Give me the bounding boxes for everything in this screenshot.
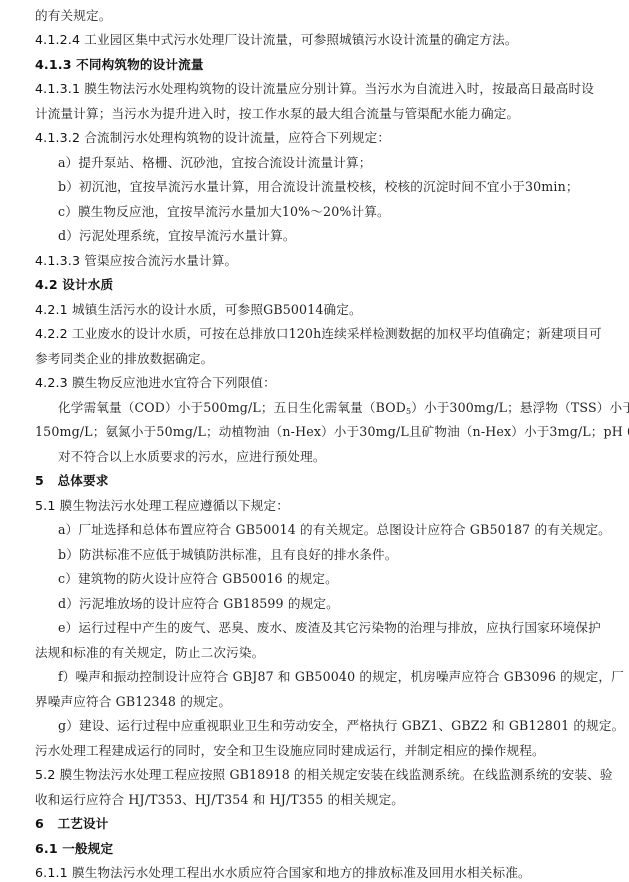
clause-4-1-2-4: 4.1.2.4 工业园区集中式污水处理厂设计流量，可参照城镇污水设计流量的确定方…	[35, 32, 518, 48]
line-text: 膜生物反应池进水宜符合下列限值：	[68, 375, 276, 390]
line-text: 150mg/L；氨氮小于50mg/L；动植物油（n-Hex）小于30mg/L且矿…	[35, 424, 629, 439]
heading-text: 工艺设计	[44, 816, 109, 831]
clause-4-2-2: 4.2.2 工业废水的设计水质，可按在总排放口120h连续采样检测数据的加权平均…	[35, 326, 602, 342]
line-text: d）污泥处理系统，宜按旱流污水量计算。	[58, 228, 296, 243]
clause-number: 4.1.2.4	[35, 32, 80, 47]
line-text: 膜生物法污水处理构筑物的设计流量应分别计算。当污水为自流进入时，按最高日最高时设	[80, 81, 594, 96]
list-item-d: d）污泥处理系统，宜按旱流污水量计算。	[58, 228, 296, 244]
list-item-c: c）建筑物的防火设计应符合 GB50016 的规定。	[58, 571, 338, 587]
list-item-a: a）厂址选择和总体布置应符合 GB50014 的有关规定。总图设计应符合 GB5…	[58, 522, 611, 538]
list-item-f: f）噪声和振动控制设计应符合 GBJ87 和 GB50040 的规定，机房噪声应…	[58, 669, 624, 685]
line-text: 收和运行应符合 HJ/T353、HJ/T354 和 HJ/T355 的相关规定。	[35, 792, 404, 807]
line-text: ）小于300mg/L；悬浮物（TSS）小于	[411, 400, 629, 415]
line-text: 合流制污水处理构筑物的设计流量，应符合下列规定：	[80, 130, 390, 145]
line-text: 膜生物法污水处理工程出水水质应符合国家和地方的排放标准及回用水相关标准。	[68, 865, 531, 880]
list-item-d: d）污泥堆放场的设计应符合 GB18599 的规定。	[58, 596, 339, 612]
list-item-c: c）膜生物反应池，宜按旱流污水量加大10%～20%计算。	[58, 204, 390, 220]
section-heading-4-2: 4.2 设计水质	[35, 277, 113, 293]
chapter-heading-5: 5 总体要求	[35, 473, 109, 489]
list-item-b: b）初沉池，宜按旱流污水量计算，用合流设计流量校核，校核的沉淀时间不宜小于30m…	[58, 179, 579, 195]
paragraph-line: 的有关规定。	[35, 8, 111, 24]
heading-text: 设计水质	[58, 277, 114, 292]
line-text: 工业废水的设计水质，可按在总排放口120h连续采样检测数据的加权平均值确定；新建…	[68, 326, 602, 341]
line-text: b）防洪标准不应低于城镇防洪标准，且有良好的排水条件。	[58, 547, 398, 562]
line-text: b）初沉池，宜按旱流污水量计算，用合流设计流量校核，校核的沉淀时间不宜小于30m…	[58, 179, 579, 194]
line-text: 化学需氧量（COD）小于500mg/L；五日生化需氧量（BOD	[58, 400, 406, 415]
line-text: c）膜生物反应池，宜按旱流污水量加大10%～20%计算。	[58, 204, 390, 219]
clause-number: 4.1.3.1	[35, 81, 80, 96]
clause-4-2-3: 4.2.3 膜生物反应池进水宜符合下列限值：	[35, 375, 276, 391]
line-text: 工业园区集中式污水处理厂设计流量，可参照城镇污水设计流量的确定方法。	[80, 32, 517, 47]
paragraph-line: 污水处理工程建成运行的同时，安全和卫生设施应同时建成运行，并制定相应的操作规程。	[35, 743, 545, 759]
heading-text: 总体要求	[44, 473, 109, 488]
line-text: 对不符合以上水质要求的污水，应进行预处理。	[58, 449, 326, 464]
section-heading-4-1-3: 4.1.3 不同构筑物的设计流量	[35, 57, 204, 73]
line-text: 法规和标准的有关规定，防止二次污染。	[35, 645, 264, 660]
line-text: 膜生物法污水处理工程应按照 GB18918 的相关规定安装在线监测系统。在线监测…	[55, 767, 612, 782]
line-text: f）噪声和振动控制设计应符合 GBJ87 和 GB50040 的规定，机房噪声应…	[58, 669, 624, 684]
line-text: e）运行过程中产生的废气、恶臭、废水、废渣及其它污染物的治理与排放，应执行国家环…	[58, 620, 601, 635]
line-text: 的有关规定。	[35, 8, 111, 23]
line-text: 管渠应按合流污水量计算。	[80, 253, 237, 268]
chapter-number: 5	[35, 473, 44, 488]
line-text: a）厂址选择和总体布置应符合 GB50014 的有关规定。总图设计应符合 GB5…	[58, 522, 611, 537]
clause-number: 4.2.3	[35, 375, 68, 390]
clause-5-2: 5.2 膜生物法污水处理工程应按照 GB18918 的相关规定安装在线监测系统。…	[35, 767, 613, 783]
line-text: 界噪声应符合 GB12348 的规定。	[35, 694, 231, 709]
clause-number: 4.1.3.2	[35, 130, 80, 145]
line-text: 计流量计算；当污水为提升进入时，按工作水泵的最大组合流量与管渠配水能力确定。	[35, 106, 519, 121]
clause-number: 4.1.3	[35, 57, 72, 72]
clause-number: 4.2.1	[35, 302, 68, 317]
list-item-b: b）防洪标准不应低于城镇防洪标准，且有良好的排水条件。	[58, 547, 398, 563]
list-item-a: a）提升泵站、格栅、沉砂池，宜按合流设计流量计算；	[58, 155, 372, 171]
heading-text: 一般规定	[58, 841, 114, 856]
list-item-e: e）运行过程中产生的废气、恶臭、废水、废渣及其它污染物的治理与排放，应执行国家环…	[58, 620, 601, 636]
clause-number: 6.1.1	[35, 865, 68, 880]
line-text: 城镇生活污水的设计水质，可参照GB50014确定。	[68, 302, 362, 317]
clause-5-1: 5.1 膜生物法污水处理工程应遵循以下规定：	[35, 498, 289, 514]
clause-4-1-3-2: 4.1.3.2 合流制污水处理构筑物的设计流量，应符合下列规定：	[35, 130, 390, 146]
clause-number: 5.1	[35, 498, 55, 513]
heading-text: 不同构筑物的设计流量	[72, 57, 204, 72]
clause-4-2-1: 4.2.1 城镇生活污水的设计水质，可参照GB50014确定。	[35, 302, 362, 318]
document-page: 的有关规定。 4.1.2.4 工业园区集中式污水处理厂设计流量，可参照城镇污水设…	[0, 0, 629, 882]
paragraph-line: 计流量计算；当污水为提升进入时，按工作水泵的最大组合流量与管渠配水能力确定。	[35, 106, 519, 122]
line-text: 污水处理工程建成运行的同时，安全和卫生设施应同时建成运行，并制定相应的操作规程。	[35, 743, 545, 758]
line-text: 参考同类企业的排放数据确定。	[35, 351, 213, 366]
section-heading-6-1: 6.1 一般规定	[35, 841, 113, 857]
clause-4-1-3-1: 4.1.3.1 膜生物法污水处理构筑物的设计流量应分别计算。当污水为自流进入时，…	[35, 81, 594, 97]
line-text: a）提升泵站、格栅、沉砂池，宜按合流设计流量计算；	[58, 155, 372, 170]
line-text: g）建设、运行过程中应重视职业卫生和劳动安全，严格执行 GBZ1、GBZ2 和 …	[58, 718, 624, 733]
clause-4-1-3-3: 4.1.3.3 管渠应按合流污水量计算。	[35, 253, 237, 269]
line-text: 膜生物法污水处理工程应遵循以下规定：	[55, 498, 289, 513]
clause-number: 4.2.2	[35, 326, 68, 341]
clause-number: 5.2	[35, 767, 55, 782]
paragraph-line: 法规和标准的有关规定，防止二次污染。	[35, 645, 264, 661]
list-item-g: g）建设、运行过程中应重视职业卫生和劳动安全，严格执行 GBZ1、GBZ2 和 …	[58, 718, 624, 734]
clause-number: 4.2	[35, 277, 58, 292]
paragraph-line: 150mg/L；氨氮小于50mg/L；动植物油（n-Hex）小于30mg/L且矿…	[35, 424, 629, 440]
paragraph-line: 界噪声应符合 GB12348 的规定。	[35, 694, 231, 710]
chapter-number: 6	[35, 816, 44, 831]
line-text: c）建筑物的防火设计应符合 GB50016 的规定。	[58, 571, 338, 586]
paragraph-line: 收和运行应符合 HJ/T353、HJ/T354 和 HJ/T355 的相关规定。	[35, 792, 404, 808]
clause-number: 4.1.3.3	[35, 253, 80, 268]
water-quality-limits: 化学需氧量（COD）小于500mg/L；五日生化需氧量（BOD5）小于300mg…	[58, 400, 629, 420]
chapter-heading-6: 6 工艺设计	[35, 816, 109, 832]
paragraph-line: 参考同类企业的排放数据确定。	[35, 351, 213, 367]
paragraph-line: 对不符合以上水质要求的污水，应进行预处理。	[58, 449, 326, 465]
line-text: d）污泥堆放场的设计应符合 GB18599 的规定。	[58, 596, 339, 611]
clause-number: 6.1	[35, 841, 58, 856]
clause-6-1-1: 6.1.1 膜生物法污水处理工程出水水质应符合国家和地方的排放标准及回用水相关标…	[35, 865, 531, 881]
